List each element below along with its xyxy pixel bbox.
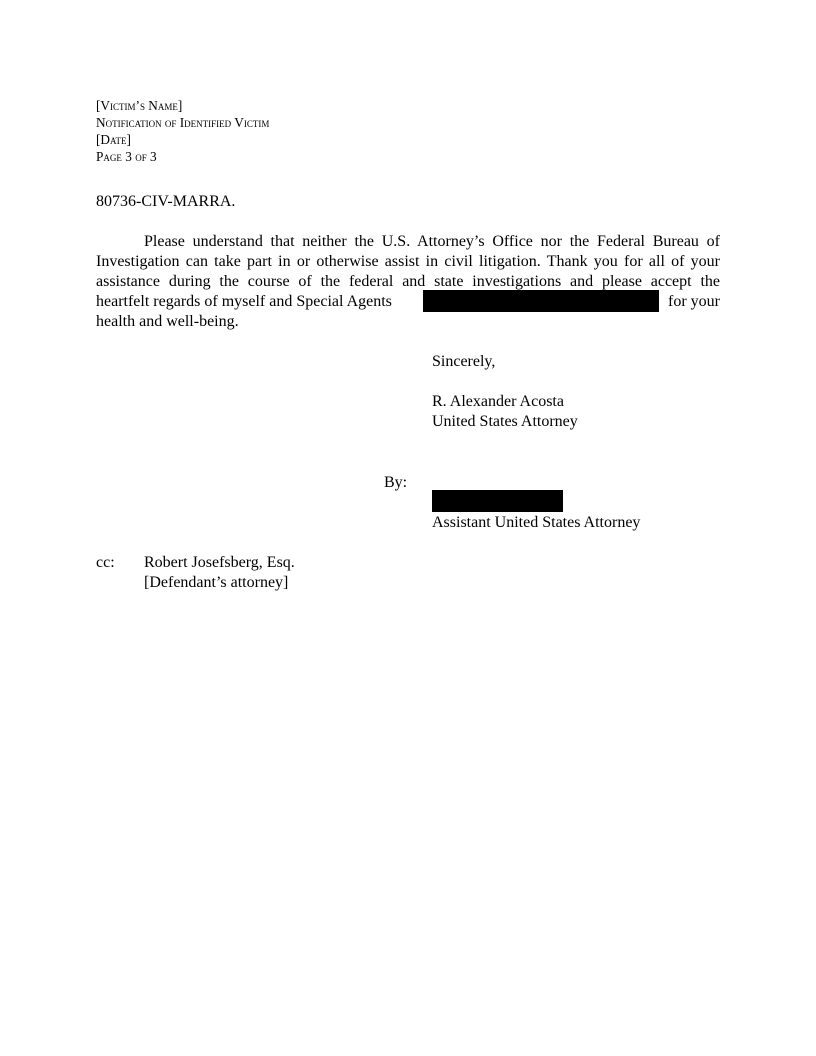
case-reference: 80736-CIV-MARRA.: [96, 192, 235, 212]
signature-name: R. Alexander Acosta: [432, 392, 564, 412]
by-label: By:: [384, 473, 407, 493]
header-notification-title: Notification of Identified Victim: [96, 114, 269, 131]
header-date: [Date]: [96, 131, 269, 148]
paragraph-line-redacted: heartfelt regards of myself and Special …: [96, 292, 720, 312]
letter-page: [Victim’s Name] Notification of Identifi…: [0, 0, 816, 1056]
redaction-agent-names: [423, 290, 659, 312]
redaction-signer-name: [432, 490, 563, 512]
paragraph-line: assistance during the course of the fede…: [96, 272, 720, 292]
paragraph-line: Please understand that neither the U.S. …: [96, 232, 720, 252]
cc-recipient: [Defendant’s attorney]: [144, 573, 295, 593]
header-page-label: Page 3 of 3: [96, 148, 269, 165]
signature-title: United States Attorney: [432, 412, 578, 432]
header-victim-name: [Victim’s Name]: [96, 97, 269, 114]
paragraph-line: health and well-being.: [96, 312, 720, 332]
cc-recipient: Robert Josefsberg, Esq.: [144, 553, 295, 573]
paragraph-line-after-redaction: for your: [668, 292, 720, 312]
paragraph-line-before-redaction: heartfelt regards of myself and Special …: [96, 292, 392, 312]
paragraph-line: Investigation can take part in or otherw…: [96, 252, 720, 272]
body-paragraph: Please understand that neither the U.S. …: [96, 232, 720, 332]
page-header: [Victim’s Name] Notification of Identifi…: [96, 97, 269, 165]
cc-recipients: Robert Josefsberg, Esq. [Defendant’s att…: [144, 553, 295, 593]
cc-label: cc:: [96, 553, 115, 573]
signer-title: Assistant United States Attorney: [432, 513, 640, 533]
signature-closing: Sincerely,: [432, 352, 495, 372]
